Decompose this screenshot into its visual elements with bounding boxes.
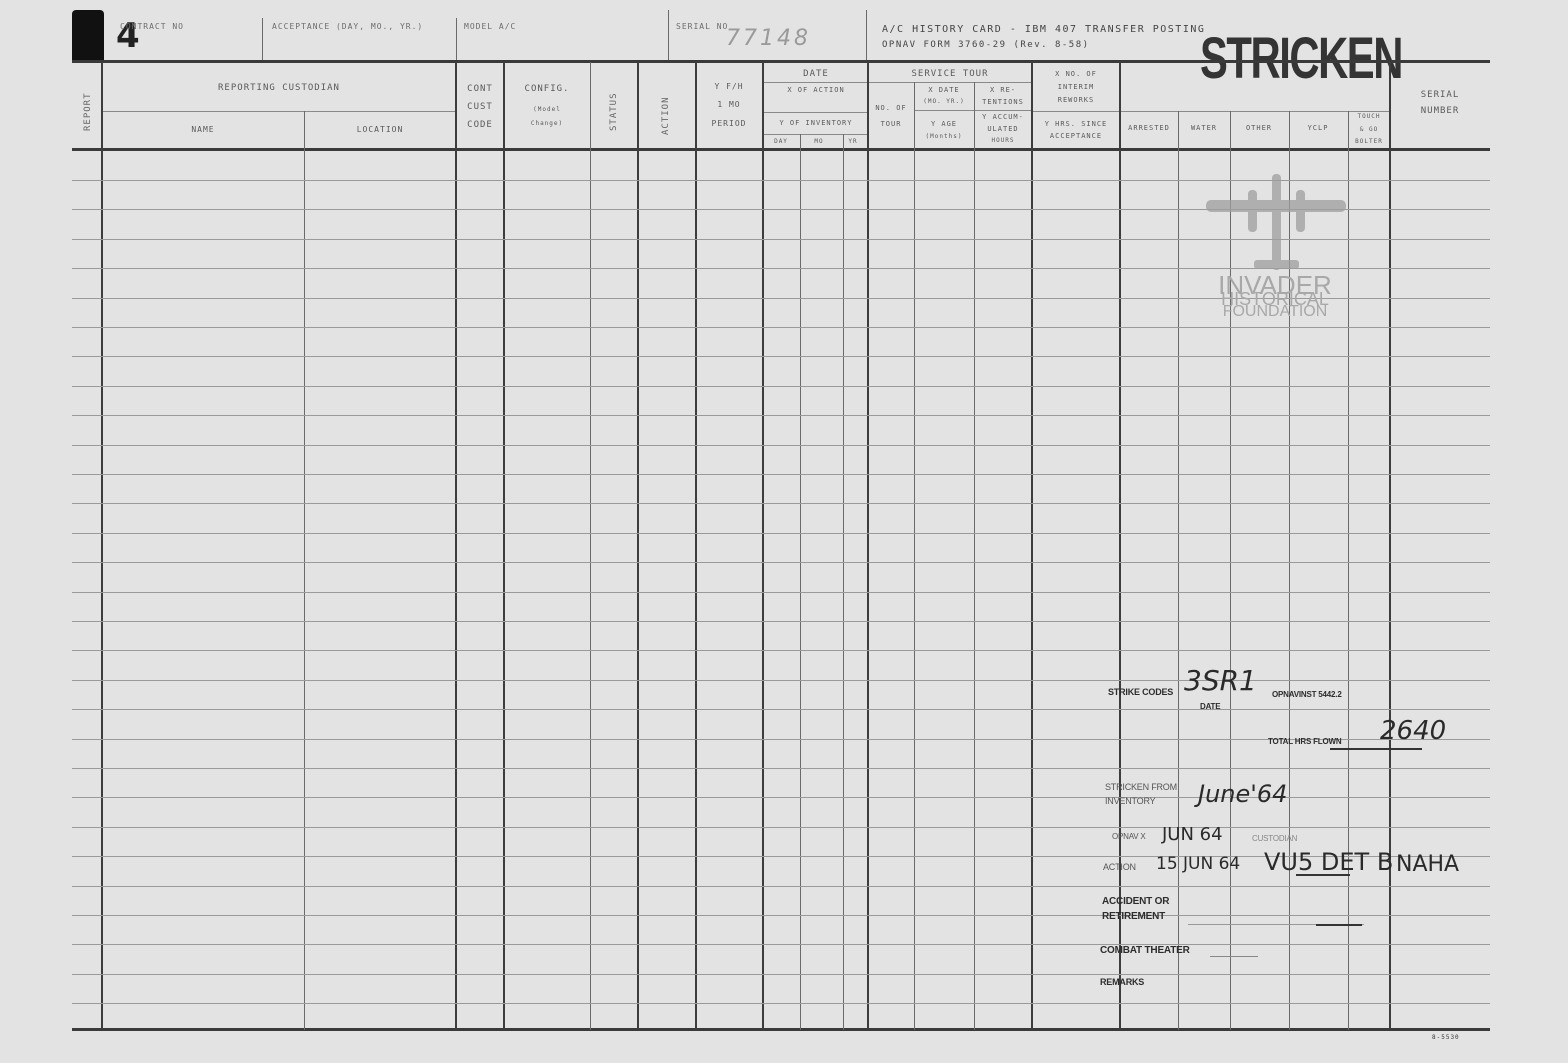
total-hrs-label: TOTAL HRS FLOWN — [1268, 737, 1341, 746]
col-yclp: YCLP — [1288, 124, 1348, 132]
col-report: REPORT — [83, 83, 93, 131]
col-line — [101, 62, 103, 1030]
col-cont-2: CUST — [456, 102, 504, 112]
col-hrs-since-1: Y HRS. SINCE — [1032, 120, 1120, 128]
col-tour: TOUR — [868, 120, 914, 128]
col-action: ACTION — [661, 79, 671, 135]
col-line — [1389, 62, 1391, 1030]
col-config: CONFIG. — [504, 84, 590, 94]
stricken-value: June'64 — [1198, 780, 1287, 808]
divider — [102, 111, 456, 112]
col-retentions-1: X RE- — [974, 86, 1032, 94]
col-interim-3: REWORKS — [1032, 96, 1120, 104]
row-line — [72, 974, 1490, 975]
col-line — [590, 62, 591, 1030]
col-y-age: Y AGE — [914, 120, 974, 128]
row-line — [72, 562, 1490, 563]
divider — [914, 110, 1032, 111]
serial-label: SERIAL NO — [676, 22, 728, 31]
header-top-border — [72, 60, 1490, 63]
row-line — [72, 650, 1490, 651]
col-name: NAME — [102, 125, 304, 134]
col-reporting-custodian: REPORTING CUSTODIAN — [102, 83, 456, 93]
serial-value: 77148 — [726, 26, 811, 51]
divider — [1032, 111, 1120, 112]
col-other: OTHER — [1230, 124, 1288, 132]
col-line — [503, 62, 505, 1030]
opnav-value: JUN 64 — [1162, 824, 1223, 845]
col-mo: MO — [804, 138, 834, 145]
col-touch-1: TOUCH — [1348, 113, 1390, 120]
header-bottom-border — [72, 148, 1490, 151]
row-line — [72, 356, 1490, 357]
remarks-label: REMARKS — [1100, 977, 1144, 987]
combat-blank-line — [1210, 956, 1258, 957]
date-label: DATE — [1200, 702, 1220, 711]
table-bottom-border — [72, 1028, 1490, 1031]
accident-label-1: ACCIDENT OR — [1102, 896, 1169, 907]
row-line — [72, 886, 1490, 887]
col-line — [867, 62, 869, 1030]
aircraft-history-card: 4 CONTRACT NO ACCEPTANCE (DAY, MO., YR.)… — [0, 0, 1568, 1063]
divider — [668, 10, 669, 60]
row-line — [72, 386, 1490, 387]
row-line — [72, 474, 1490, 475]
col-water: WATER — [1178, 124, 1230, 132]
col-interim-2: INTERIM — [1032, 83, 1120, 91]
col-of-inventory: Y OF INVENTORY — [764, 119, 868, 127]
strike-codes-label: STRIKE CODES — [1108, 687, 1173, 697]
contract-no-label: CONTRACT NO — [120, 22, 184, 31]
col-fh-2: 1 MO — [696, 100, 762, 109]
total-hrs-underline — [1330, 748, 1422, 750]
accident-label-2: RETIREMENT — [1102, 911, 1165, 922]
col-fh-3: PERIOD — [696, 119, 762, 128]
strike-codes-value: 3SR1 — [1184, 664, 1257, 697]
col-cont-3: CODE — [456, 120, 504, 130]
stricken-label-2: INVENTORY — [1105, 796, 1155, 806]
divider — [764, 134, 868, 135]
watermark-line3: FOUNDATION — [1200, 304, 1350, 320]
total-hrs-value: 2640 — [1380, 716, 1446, 746]
acceptance-label: ACCEPTANCE (DAY, MO., YR.) — [272, 22, 423, 31]
col-accum-2: ULATED — [974, 125, 1032, 133]
divider — [764, 82, 868, 83]
col-config-sub1: (Model — [504, 106, 590, 113]
col-status: STATUS — [609, 83, 619, 131]
row-line — [72, 768, 1490, 769]
divider — [456, 18, 457, 60]
col-touch-3: BOLTER — [1348, 138, 1390, 145]
col-line — [455, 62, 457, 1030]
col-line — [762, 62, 764, 1030]
location-value: NAHA — [1396, 852, 1459, 877]
col-cont-1: CONT — [456, 84, 504, 94]
col-arrested: ARRESTED — [1120, 124, 1178, 132]
col-day: DAY — [766, 138, 796, 145]
action-value: 15 JUN 64 — [1156, 854, 1240, 874]
col-of-action: X OF ACTION — [764, 86, 868, 94]
col-date: DATE — [764, 69, 868, 79]
col-line — [1348, 111, 1349, 1030]
col-accum-3: HOURS — [974, 137, 1032, 144]
col-line — [914, 82, 915, 1030]
divider — [868, 82, 1032, 83]
action-label: ACTION — [1103, 862, 1136, 872]
col-interim-1: X NO. OF — [1032, 70, 1120, 78]
col-line — [695, 62, 697, 1030]
col-x-date: X DATE — [914, 86, 974, 94]
col-location: LOCATION — [304, 125, 456, 134]
col-service-tour: SERVICE TOUR — [868, 69, 1032, 79]
card-title: A/C HISTORY CARD - IBM 407 TRANSFER POST… — [882, 24, 1205, 35]
divider — [262, 18, 263, 60]
divider — [1120, 111, 1390, 112]
row-line — [72, 445, 1490, 446]
model-label: MODEL A/C — [464, 22, 516, 31]
custodian-value: VU5 DET B — [1264, 848, 1393, 876]
footer-code: 8-5530 — [1432, 1034, 1460, 1041]
custodian-label: CUSTODIAN — [1252, 834, 1297, 843]
col-config-sub2: Change) — [504, 120, 590, 127]
stricken-label-1: STRICKEN FROM — [1105, 782, 1177, 792]
opnavinst-label: OPNAVINST 5442.2 — [1272, 690, 1342, 699]
col-no-of: NO. OF — [868, 104, 914, 112]
index-tab-mark — [72, 10, 104, 62]
col-y-age-sub: (Months) — [914, 133, 974, 140]
divider — [866, 10, 867, 60]
col-line — [304, 111, 305, 1030]
row-line — [72, 503, 1490, 504]
col-serial-2: NUMBER — [1390, 106, 1490, 116]
form-number: OPNAV FORM 3760-29 (Rev. 8-58) — [882, 40, 1090, 50]
row-line — [72, 327, 1490, 328]
row-line — [72, 709, 1490, 710]
col-line — [1119, 62, 1121, 1030]
row-line — [72, 415, 1490, 416]
col-line — [1178, 111, 1179, 1030]
row-line — [72, 592, 1490, 593]
col-x-date-sub: (MO. YR.) — [914, 98, 974, 105]
row-line — [72, 533, 1490, 534]
row-line — [72, 944, 1490, 945]
col-fh-1: Y F/H — [696, 82, 762, 91]
row-line — [72, 915, 1490, 916]
airplane-watermark-icon — [1206, 170, 1346, 280]
accident-underline — [1316, 924, 1362, 926]
col-retentions-2: TENTIONS — [974, 98, 1032, 106]
col-serial-1: SERIAL — [1390, 90, 1490, 100]
divider — [764, 112, 868, 113]
custodian-underline — [1296, 874, 1350, 876]
col-touch-2: & GO — [1348, 126, 1390, 133]
stricken-stamp: STRICKEN — [1200, 30, 1402, 88]
row-line — [72, 621, 1490, 622]
col-line — [1031, 62, 1033, 1030]
row-line — [72, 680, 1490, 681]
col-line — [974, 82, 975, 1030]
combat-theater-label: COMBAT THEATER — [1100, 945, 1190, 956]
col-line — [637, 62, 639, 1030]
row-line — [72, 827, 1490, 828]
col-accum-1: Y ACCUM- — [974, 113, 1032, 121]
row-line — [72, 1003, 1490, 1004]
col-hrs-since-2: ACCEPTANCE — [1032, 132, 1120, 140]
opnav-label: OPNAV X — [1112, 832, 1146, 841]
